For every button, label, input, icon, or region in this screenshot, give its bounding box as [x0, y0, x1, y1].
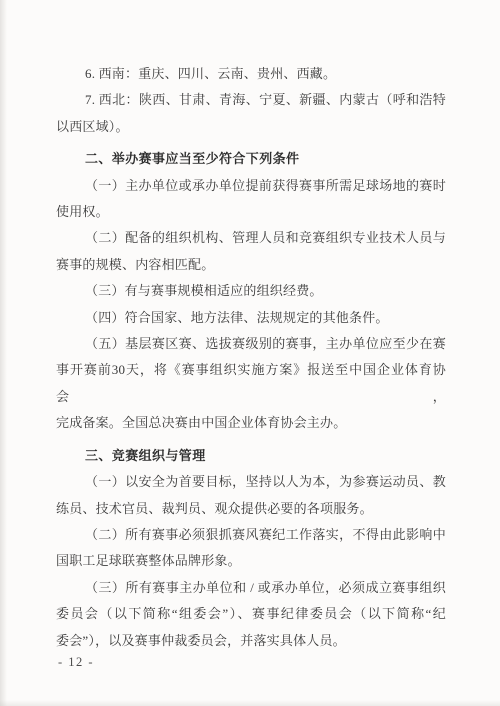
text-line: 委员会（以下简称“组委会”）、赛事纪律委员会（以下简称“纪	[56, 601, 446, 627]
text-line: 7. 西北：陕西、甘肃、青海、宁夏、新疆、内蒙古（呼和浩特	[56, 87, 446, 113]
page-number: - 12 -	[58, 652, 94, 672]
text-line: 委会”），以及赛事仲裁委员会，并落实具体人员。	[56, 628, 446, 654]
text-line: （三）所有赛事主办单位和 / 或承办单位，必须成立赛事组织	[56, 575, 446, 601]
document-body: 6. 西南：重庆、四川、云南、贵州、西藏。7. 西北：陕西、甘肃、青海、宁夏、新…	[56, 61, 446, 654]
text-line: 6. 西南：重庆、四川、云南、贵州、西藏。	[56, 61, 446, 87]
text-line: 完成备案。全国总决赛由中国企业体育协会主办。	[56, 410, 446, 436]
section-heading: 二、举办赛事应当至少符合下列条件	[56, 146, 446, 172]
text-line: 以西区域）。	[56, 114, 446, 140]
text-line: （五）基层赛区赛、选拔赛级别的赛事，主办单位应至少在赛	[56, 331, 446, 357]
text-line: 使用权。	[56, 199, 446, 225]
text-line: （一）主办单位或承办单位提前获得赛事所需足球场地的赛时	[56, 173, 446, 199]
text-line: （二）所有赛事必须狠抓赛风赛纪工作落实，不得由此影响中	[56, 522, 446, 548]
document-page: 6. 西南：重庆、四川、云南、贵州、西藏。7. 西北：陕西、甘肃、青海、宁夏、新…	[0, 0, 500, 706]
text-line: 国职工足球联赛整体品牌形象。	[56, 548, 446, 574]
section-heading: 三、竞赛组织与管理	[56, 443, 446, 469]
text-line: （三）有与赛事规模相适应的组织经费。	[56, 278, 446, 304]
text-line: （一）以安全为首要目标，坚持以人为本，为参赛运动员、教	[56, 469, 446, 495]
text-line: 练员、技术官员、裁判员、观众提供必要的各项服务。	[56, 496, 446, 522]
text-line: （四）符合国家、地方法律、法规规定的其他条件。	[56, 305, 446, 331]
text-line: 事开赛前30天，将《赛事组织实施方案》报送至中国企业体育协会，	[56, 357, 446, 410]
text-line: （二）配备的组织机构、管理人员和竞赛组织专业技术人员与	[56, 225, 446, 251]
text-line: 赛事的规模、内容相匹配。	[56, 252, 446, 278]
